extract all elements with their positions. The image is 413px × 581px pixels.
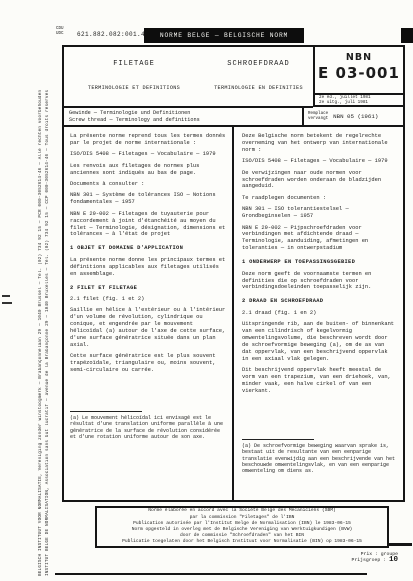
page-title-dutch: SCHROEFDRAAD bbox=[204, 60, 313, 68]
alternate-titles: Gewinde — Terminologie und Definitionen … bbox=[69, 110, 200, 124]
header-titles: FILETAGE SCHROEFDRAAD TERMINOLOGIE ET DE… bbox=[64, 47, 313, 108]
paragraph: Dit beschrijvend oppervlak heeft meestal… bbox=[242, 367, 397, 395]
norm-reference: NBN 301 — ISO tolerantiestelsel — Grondb… bbox=[242, 206, 397, 220]
definition-text: Saillie en hélice à l'extérieur ou à l'i… bbox=[70, 307, 226, 348]
definition-text: Uitspringende rib, aan de buiten- of bin… bbox=[242, 321, 397, 362]
footnote-text: (a) De schroefvormige beweging waarvan s… bbox=[242, 443, 397, 474]
consult-heading: Documents à consulter : bbox=[70, 181, 226, 188]
footnote-text: (a) Le mouvement hélicoïdal ici envisagé… bbox=[70, 415, 226, 440]
body-columns: La présente norme reprend tous les terme… bbox=[64, 127, 403, 500]
norm-reference: NBN E 29-002 — Filetages de tuyauterie p… bbox=[70, 211, 226, 239]
iso-reference: ISO/DIS 5408 — Filetages — Vocabulaire —… bbox=[242, 158, 397, 165]
paragraph: De verwijzingen naar oude normen voor sc… bbox=[242, 170, 397, 191]
edition-dutch: 2e uitg., juli 1981 bbox=[315, 101, 403, 106]
page-subtitle-dutch: TERMINOLOGIE EN DEFINITIES bbox=[204, 85, 313, 91]
page-subtitle-french: TERMINOLOGIE ET DEFINITIONS bbox=[64, 85, 204, 91]
page-title-french: FILETAGE bbox=[64, 60, 204, 68]
paragraph: La présente norme reprend tous les terme… bbox=[70, 133, 226, 147]
margin-imprint-dutch: BELGISCH INSTITUUT VOOR NORMALISATIE, Ve… bbox=[38, 52, 43, 576]
footnote-rule bbox=[70, 411, 142, 412]
norm-organisation: NBN bbox=[315, 52, 403, 63]
replaces-label-french: Remplace bbox=[308, 112, 328, 117]
approval-box: Norme élaborée en accord avec la Société… bbox=[95, 506, 389, 548]
scan-artifact bbox=[2, 295, 10, 297]
price-label-dutch: Prijsgroep :10 bbox=[318, 558, 398, 564]
udc-label-bottom: UDC bbox=[56, 32, 64, 37]
scanned-standard-page: BELGISCH INSTITUUT VOOR NORMALISATIE, Ve… bbox=[0, 0, 413, 581]
column-dutch: Deze Belgische norm betekent de regelrec… bbox=[236, 127, 403, 500]
approval-line: Publicatie toegelaten door het Belgisch … bbox=[97, 539, 387, 545]
norm-reference: NBN E 29-002 — Pijpschroefdraden voor ve… bbox=[242, 225, 397, 253]
norm-number: E 03-001 bbox=[315, 64, 403, 82]
edition-box: 2e éd., juillet 1981 2e uitg., juli 1981 bbox=[313, 95, 403, 107]
footnote-dutch: (a) De schroefvormige beweging waarvan s… bbox=[242, 439, 397, 474]
udc-label-top: CDU bbox=[56, 27, 64, 32]
norm-reference: NBN 301 — Système de tolérances ISO — No… bbox=[70, 192, 226, 206]
replaces-labels: Remplace vervangt bbox=[308, 112, 328, 121]
iso-reference: ISO/DIS 5408 — Filetages — Vocabulaire —… bbox=[70, 151, 226, 158]
norm-type-banner: NORME BELGE — BELGISCHE NORM bbox=[144, 28, 304, 43]
term-heading: 2.1 filet (fig. 1 et 2) bbox=[70, 296, 226, 303]
footnote-rule bbox=[242, 439, 314, 440]
scan-artifact bbox=[55, 573, 367, 575]
paragraph: La présente norme donne les principaux t… bbox=[70, 257, 226, 278]
udc-classification-label: CDU UDC bbox=[56, 27, 64, 36]
paragraph: Cette surface génératrice est le plus so… bbox=[70, 353, 226, 374]
title-english: Screw thread — Terminology and definitio… bbox=[69, 117, 200, 124]
scan-artifact bbox=[388, 543, 412, 546]
document-frame: FILETAGE SCHROEFDRAAD TERMINOLOGIE ET DE… bbox=[62, 45, 405, 502]
price-label-dutch-text: Prijsgroep : bbox=[351, 558, 386, 563]
section-heading: 1 ONDERWERP EN TOEPASSINGSGEBIED bbox=[242, 259, 397, 266]
header-secondary-row: Gewinde — Terminologie und Definitionen … bbox=[64, 108, 403, 127]
paragraph: Deze norm geeft de voornaamste termen en… bbox=[242, 271, 397, 292]
column-french: La présente norme reprend tous les terme… bbox=[64, 127, 234, 500]
scan-artifact bbox=[401, 28, 413, 43]
section-heading: 1 OBJET ET DOMAINE D'APPLICATION bbox=[70, 245, 226, 252]
footnote-french: (a) Le mouvement hélicoïdal ici envisagé… bbox=[70, 411, 226, 440]
udc-classification-number: 621.882.082:001.4 bbox=[77, 31, 145, 38]
price-group: Prix : groupe Prijsgroep :10 bbox=[318, 552, 398, 563]
replaces-box: Remplace vervangt NBN 05 (1961) bbox=[302, 108, 403, 125]
section-heading: 2 FILET ET FILETAGE bbox=[70, 285, 226, 292]
paragraph: Deze Belgische norm betekent de regelrec… bbox=[242, 133, 397, 154]
margin-imprint: BELGISCH INSTITUUT VOOR NORMALISATIE, Ve… bbox=[38, 52, 50, 576]
price-group-value: 10 bbox=[389, 556, 398, 564]
replaced-norm: NBN 05 (1961) bbox=[333, 113, 378, 120]
scan-artifact bbox=[2, 302, 12, 304]
title-german: Gewinde — Terminologie und Definitionen bbox=[69, 110, 200, 117]
section-heading: 2 DRAAD EN SCHROEFDRAAD bbox=[242, 298, 397, 305]
replaces-label-dutch: vervangt bbox=[308, 117, 328, 122]
consult-heading: Te raadplegen documenten : bbox=[242, 195, 397, 202]
paragraph: Les renvois aux filetages de normes plus… bbox=[70, 163, 226, 177]
term-heading: 2.1 draad (fig. 1 en 2) bbox=[242, 310, 397, 317]
norm-reference-box: NBN E 03-001 bbox=[313, 47, 403, 95]
margin-imprint-french: INSTITUT BELGE DE NORMALISATION, Associa… bbox=[45, 52, 50, 576]
